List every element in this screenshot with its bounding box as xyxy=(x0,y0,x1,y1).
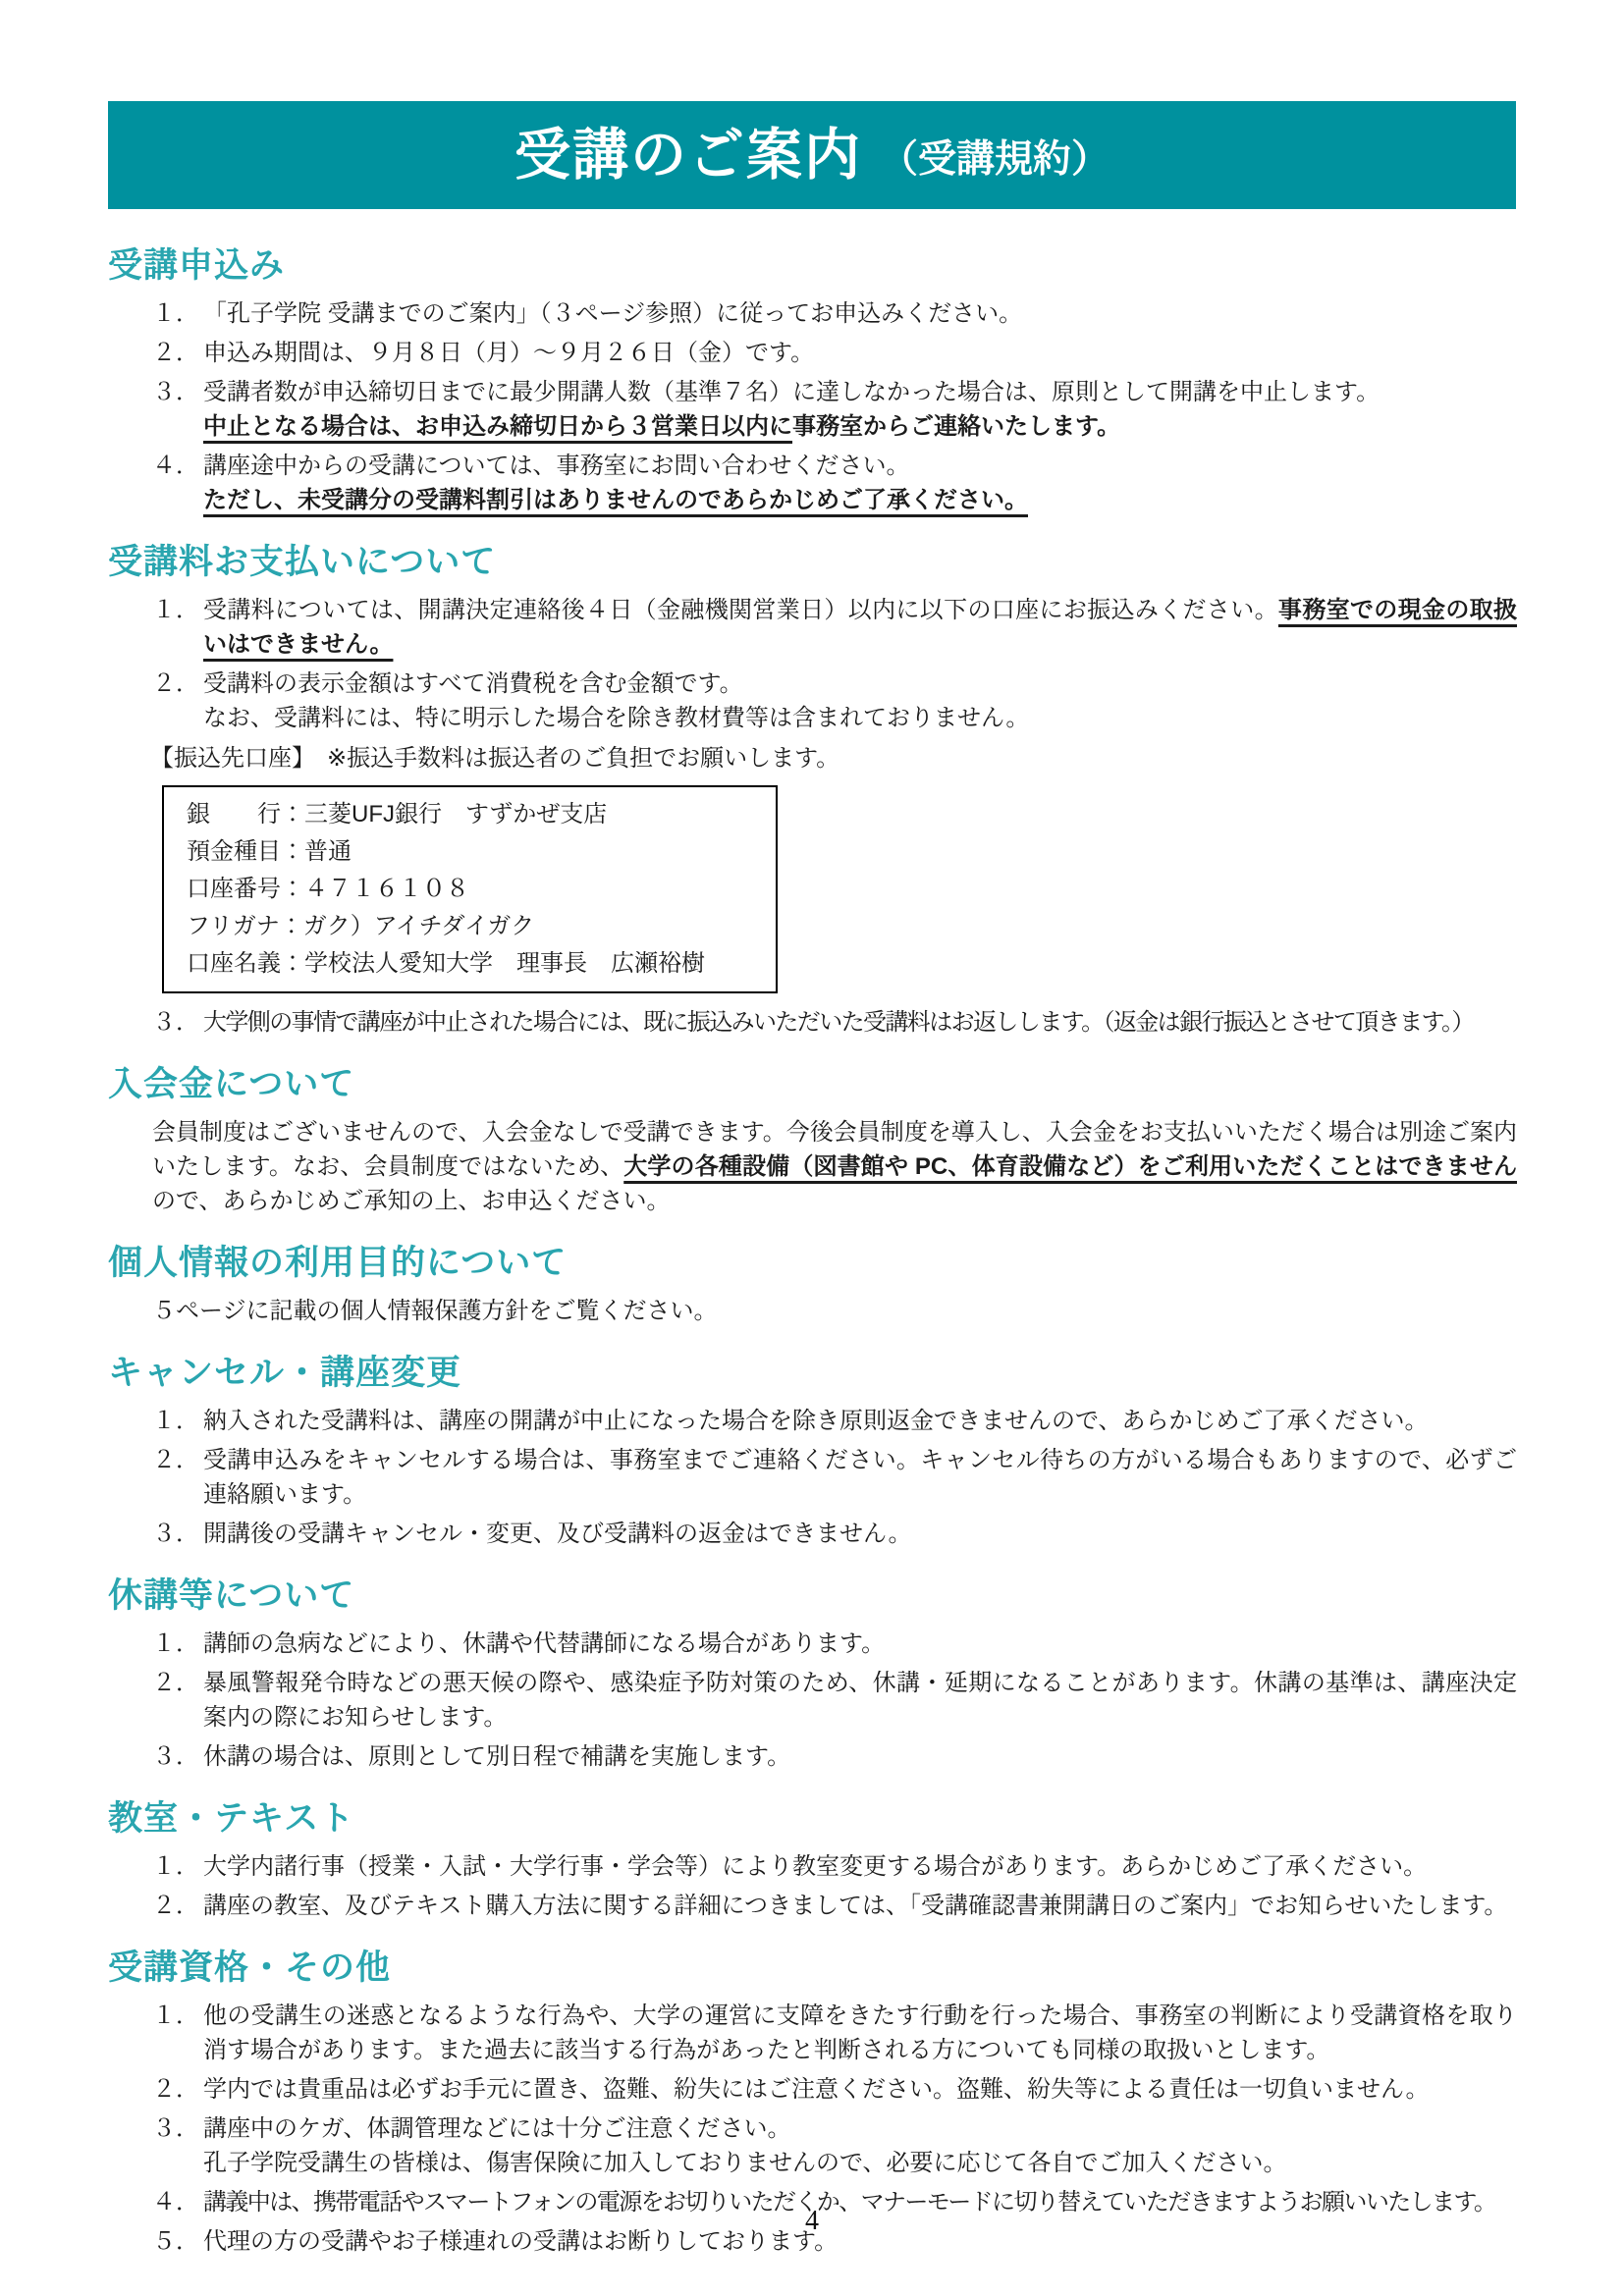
section-paragraph: 会員制度はございませんので、入会金なしで受講できます。今後会員制度を導入し、入会… xyxy=(108,1115,1517,1218)
scanned-document-page: { "page": { "band_title_main": "受講のご案内",… xyxy=(0,0,1624,2296)
text-run: 講座中のケガ、体調管理などには十分ご注意ください。 xyxy=(203,2115,791,2142)
list-item: ２． 申込み期間は、９月８日（月）～９月２６日（金）です。 xyxy=(108,336,1517,370)
item-text: 講座中のケガ、体調管理などには十分ご注意ください。 孔子学院受講生の皆様は、傷害… xyxy=(203,2111,1517,2180)
text-run: 暴風警報発令時などの悪天候の際や、感染症予防対策のため、休講・延期になることがあ… xyxy=(203,1670,1517,1731)
item-text: 納入された受講料は、講座の開講が中止になった場合を除き原則返金できませんので、あ… xyxy=(203,1404,1517,1438)
title-band: 受講のご案内 （受講規約） xyxy=(108,101,1516,209)
item-text: 受講料の表示金額はすべて消費税を含む金額です。 なお、受講料には、特に明示した場… xyxy=(203,667,1517,735)
list-item: ２． 受講料の表示金額はすべて消費税を含む金額です。 なお、受講料には、特に明示… xyxy=(108,667,1517,735)
text-run-bold-underline: 中止となる場合は、お申込み締切日から３営業日以内に xyxy=(203,413,792,440)
item-number: ３． xyxy=(152,1517,199,1551)
item-number: ３． xyxy=(152,1739,199,1774)
section-heading-classroom-text: 教室・テキスト xyxy=(108,1799,1517,1839)
text-run: 受講料の表示金額はすべて消費税を含む金額です。 xyxy=(203,670,743,697)
section-heading-application: 受講申込み xyxy=(108,246,1517,286)
text-run: 学内では貴重品は必ずお手元に置き、盗難、紛失にはご注意ください。盗難、紛失等によ… xyxy=(203,2076,1429,2103)
text-run: 受講申込みをキャンセルする場合は、事務室までご連絡ください。キャンセル待ちの方が… xyxy=(203,1447,1517,1508)
document-body: 受講申込み １． 「孔子学院 受講までのご案内」（３ページ参照）に従ってお申込み… xyxy=(0,246,1624,2259)
section-heading-class-cancellation: 休講等について xyxy=(108,1576,1517,1616)
item-number: ３． xyxy=(152,2111,199,2146)
list-item: １． 大学内諸行事（授業・入試・大学行事・学会等）により教室変更する場合がありま… xyxy=(108,1849,1517,1884)
text-run-bold: 事務室からご連絡いたします。 xyxy=(792,413,1120,440)
item-text: 他の受講生の迷惑となるような行為や、大学の運営に支障をきたす行動を行った場合、事… xyxy=(203,1999,1517,2067)
page-title: 受講のご案内 xyxy=(514,138,862,173)
section-heading-payment: 受講料お支払いについて xyxy=(108,543,1517,582)
item-number: ４． xyxy=(152,449,199,483)
item-number: ３． xyxy=(152,1005,199,1040)
text-run: なお、受講料には、特に明示した場合を除き教材費等は含まれておりません。 xyxy=(203,705,1029,731)
item-text: 学内では貴重品は必ずお手元に置き、盗難、紛失にはご注意ください。盗難、紛失等によ… xyxy=(203,2072,1517,2107)
list-item: ３． 講座中のケガ、体調管理などには十分ご注意ください。 孔子学院受講生の皆様は… xyxy=(108,2111,1517,2180)
section-heading-cancellation: キャンセル・講座変更 xyxy=(108,1354,1517,1393)
item-number: ３． xyxy=(152,375,199,409)
list-item: ３． 休講の場合は、原則として別日程で補講を実施します。 xyxy=(108,1739,1517,1774)
bank-row-bank-name: 銀 行：三菱UFJ銀行 すずかぜ支店 xyxy=(187,796,753,833)
item-text: 「孔子学院 受講までのご案内」（３ページ参照）に従ってお申込みください。 xyxy=(203,296,1517,331)
item-text: 大学内諸行事（授業・入試・大学行事・学会等）により教室変更する場合があります。あ… xyxy=(203,1849,1517,1884)
list-item: ３． 大学側の事情で講座が中止された場合には、既に振込みいただいた受講料はお返し… xyxy=(108,1005,1517,1040)
transfer-account-note: 【振込先口座】 ※振込手数料は振込者のご負担でお願いします。 xyxy=(108,741,1517,775)
text-run: 他の受講生の迷惑となるような行為や、大学の運営に支障をきたす行動を行った場合、事… xyxy=(203,2002,1517,2063)
list-item: ２． 受講申込みをキャンセルする場合は、事務室までご連絡ください。キャンセル待ち… xyxy=(108,1443,1517,1512)
item-text: 講座の教室、及びテキスト購入方法に関する詳細につきましては、「受講確認書兼開講日… xyxy=(203,1889,1517,1923)
item-number: ２． xyxy=(152,336,199,370)
item-text: 講師の急病などにより、休講や代替講師になる場合があります。 xyxy=(203,1627,1517,1661)
item-text: 大学側の事情で講座が中止された場合には、既に振込みいただいた受講料はお返しします… xyxy=(203,1005,1517,1040)
item-number: ２． xyxy=(152,667,199,701)
bank-row-account-type: 預金種目：普通 xyxy=(187,833,753,871)
item-number: ２． xyxy=(152,1889,199,1923)
text-run: 「孔子学院 受講までのご案内」（３ページ参照）に従ってお申込みください。 xyxy=(203,300,1022,327)
item-number: ２． xyxy=(152,1443,199,1477)
list-item: １． 「孔子学院 受講までのご案内」（３ページ参照）に従ってお申込みください。 xyxy=(108,296,1517,331)
bank-row-account-holder: 口座名義：学校法人愛知大学 理事長 広瀬裕樹 xyxy=(187,945,753,983)
list-item: ３． 受講者数が申込締切日までに最少開講人数（基準７名）に達しなかった場合は、原… xyxy=(108,375,1517,444)
bank-account-box: 銀 行：三菱UFJ銀行 すずかぜ支店 預金種目：普通 口座番号：４７１６１０８ … xyxy=(162,785,778,993)
text-run: ので、あらかじめご承知の上、お申込ください。 xyxy=(152,1188,671,1214)
text-run: 講座の教室、及びテキスト購入方法に関する詳細につきましては、「受講確認書兼開講日… xyxy=(203,1893,1507,1919)
item-number: ２． xyxy=(152,2072,199,2107)
text-run: 受講料については、開講決定連絡後４日（金融機関営業日）以内に以下の口座にお振込み… xyxy=(203,597,1278,623)
item-number: １． xyxy=(152,593,199,627)
item-text: 受講料については、開講決定連絡後４日（金融機関営業日）以内に以下の口座にお振込み… xyxy=(203,593,1517,662)
item-text: 休講の場合は、原則として別日程で補講を実施します。 xyxy=(203,1739,1517,1774)
list-item: １． 他の受講生の迷惑となるような行為や、大学の運営に支障をきたす行動を行った場… xyxy=(108,1999,1517,2067)
page-title-subtitle: （受講規約） xyxy=(880,134,1110,177)
list-item: １． 受講料については、開講決定連絡後４日（金融機関営業日）以内に以下の口座にお… xyxy=(108,593,1517,662)
section-heading-admission-fee: 入会金について xyxy=(108,1065,1517,1104)
text-run: 休講の場合は、原則として別日程で補講を実施します。 xyxy=(203,1743,790,1770)
item-text: 講座途中からの受講については、事務室にお問い合わせください。 ただし、未受講分の… xyxy=(203,449,1517,517)
text-run: 受講者数が申込締切日までに最少開講人数（基準７名）に達しなかった場合は、原則とし… xyxy=(203,379,1380,405)
item-number: １． xyxy=(152,1849,199,1884)
list-item: ２． 講座の教室、及びテキスト購入方法に関する詳細につきましては、「受講確認書兼… xyxy=(108,1889,1517,1923)
text-run: 講座途中からの受講については、事務室にお問い合わせください。 xyxy=(203,453,910,479)
section-heading-personal-info: 個人情報の利用目的について xyxy=(108,1244,1517,1283)
text-run: 申込み期間は、９月８日（月）～９月２６日（金）です。 xyxy=(203,340,814,366)
item-text: 暴風警報発令時などの悪天候の際や、感染症予防対策のため、休講・延期になることがあ… xyxy=(203,1666,1517,1735)
item-number: １． xyxy=(152,1404,199,1438)
list-item: ２． 学内では貴重品は必ずお手元に置き、盗難、紛失にはご注意ください。盗難、紛失… xyxy=(108,2072,1517,2107)
list-item: １． 納入された受講料は、講座の開講が中止になった場合を除き原則返金できませんの… xyxy=(108,1404,1517,1438)
text-run: 孔子学院受講生の皆様は、傷害保険に加入しておりませんので、必要に応じて各自でご加… xyxy=(203,2150,1287,2176)
text-run-bold-underline: 大学の各種設備（図書館や PC、体育設備など）をご利用いただくことはできません xyxy=(623,1153,1517,1180)
list-item: ４． 講座途中からの受講については、事務室にお問い合わせください。 ただし、未受… xyxy=(108,449,1517,517)
section-paragraph: ５ページに記載の個人情報保護方針をご覧ください。 xyxy=(108,1294,1517,1328)
text-run: 大学側の事情で講座が中止された場合には、既に振込みいただいた受講料はお返しします… xyxy=(203,1009,1474,1036)
item-text: 受講申込みをキャンセルする場合は、事務室までご連絡ください。キャンセル待ちの方が… xyxy=(203,1443,1517,1512)
page-number: 4 xyxy=(0,2204,1624,2238)
section-heading-eligibility: 受講資格・その他 xyxy=(108,1949,1517,1988)
item-text: 申込み期間は、９月８日（月）～９月２６日（金）です。 xyxy=(203,336,1517,370)
text-run: 開講後の受講キャンセル・変更、及び受講料の返金はできません。 xyxy=(203,1521,911,1547)
text-run: 納入された受講料は、講座の開講が中止になった場合を除き原則返金できませんので、あ… xyxy=(203,1408,1429,1434)
text-run: 講師の急病などにより、休講や代替講師になる場合があります。 xyxy=(203,1630,885,1657)
item-text: 受講者数が申込締切日までに最少開講人数（基準７名）に達しなかった場合は、原則とし… xyxy=(203,375,1517,444)
text-run: ５ページに記載の個人情報保護方針をご覧ください。 xyxy=(152,1298,718,1324)
item-text: 開講後の受講キャンセル・変更、及び受講料の返金はできません。 xyxy=(203,1517,1517,1551)
item-number: ２． xyxy=(152,1666,199,1700)
item-number: １． xyxy=(152,296,199,331)
list-item: １． 講師の急病などにより、休講や代替講師になる場合があります。 xyxy=(108,1627,1517,1661)
text-run-bold-underline: ただし、未受講分の受講料割引はありませんのであらかじめご了承ください。 xyxy=(203,487,1028,513)
bank-row-account-number: 口座番号：４７１６１０８ xyxy=(187,871,753,908)
bank-row-furigana: フリガナ：ガク）アイチダイガク xyxy=(187,908,753,945)
item-number: １． xyxy=(152,1627,199,1661)
item-number: １． xyxy=(152,1999,199,2033)
list-item: ２． 暴風警報発令時などの悪天候の際や、感染症予防対策のため、休講・延期になるこ… xyxy=(108,1666,1517,1735)
text-run: 大学内諸行事（授業・入試・大学行事・学会等）により教室変更する場合があります。あ… xyxy=(203,1853,1427,1880)
list-item: ３． 開講後の受講キャンセル・変更、及び受講料の返金はできません。 xyxy=(108,1517,1517,1551)
